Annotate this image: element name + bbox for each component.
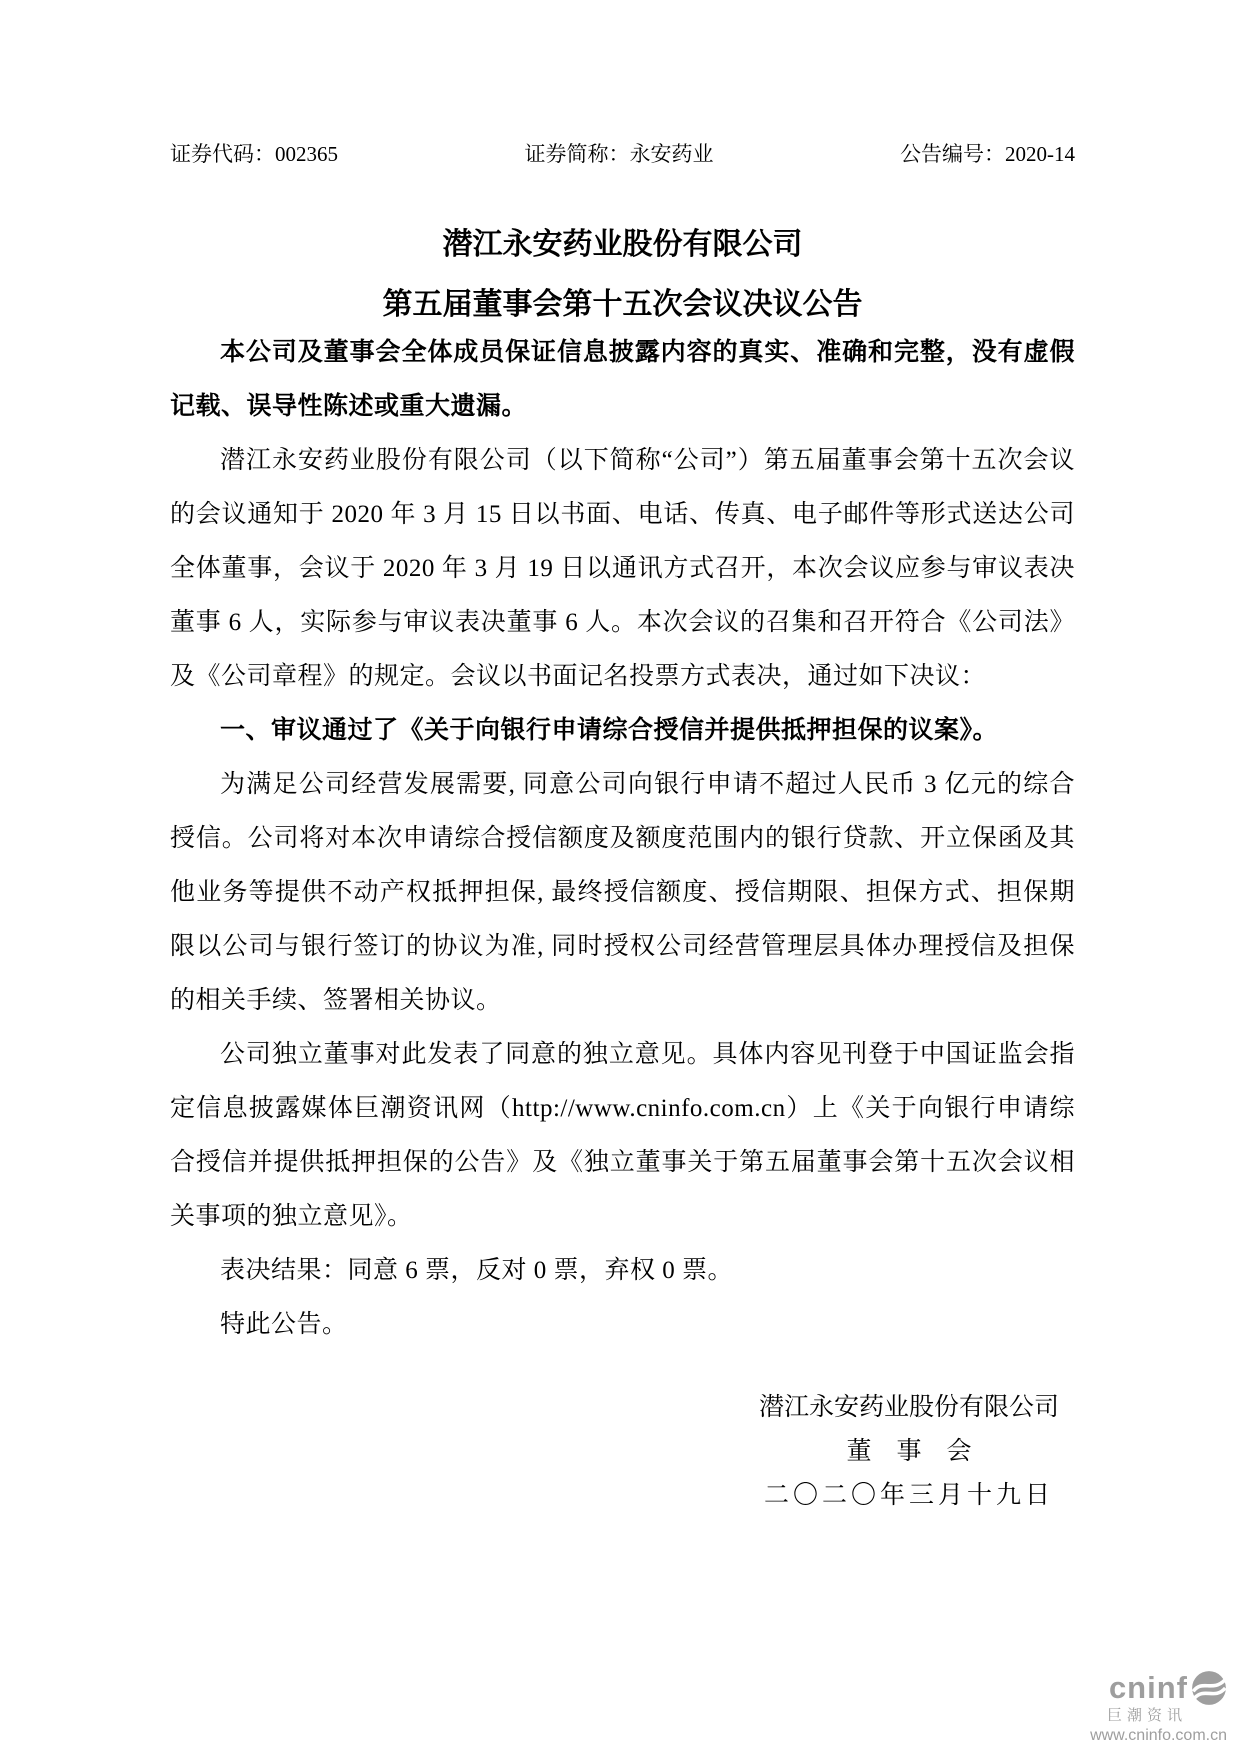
vote-result: 表决结果：同意 6 票，反对 0 票，弃权 0 票。 bbox=[170, 1244, 1075, 1298]
signature-board: 董 事 会 bbox=[759, 1430, 1059, 1474]
stock-code: 证券代码：002365 bbox=[170, 140, 338, 168]
page-title-meeting: 第五届董事会第十五次会议决议公告 bbox=[170, 284, 1075, 326]
stock-short-name: 证券简称：永安药业 bbox=[525, 140, 714, 168]
closing-statement: 特此公告。 bbox=[170, 1298, 1075, 1352]
resolution-detail-paragraph: 为满足公司经营发展需要, 同意公司向银行申请不超过人民币 3 亿元的综合授信。公… bbox=[170, 758, 1075, 1028]
cninfo-watermark: cninf 巨潮资讯 www.cninfo.com.cn bbox=[1090, 1670, 1227, 1745]
announcement-page: 证券代码：002365 证券简称：永安药业 公告编号：2020-14 潜江永安药… bbox=[0, 0, 1241, 1755]
cninfo-swirl-icon bbox=[1191, 1670, 1227, 1706]
page-title-company: 潜江永安药业股份有限公司 bbox=[170, 224, 1075, 266]
signature-date: 二〇二〇年三月十九日 bbox=[759, 1474, 1059, 1518]
document-header: 证券代码：002365 证券简称：永安药业 公告编号：2020-14 bbox=[170, 140, 1075, 168]
cninfo-site-name: 巨潮资讯 bbox=[1090, 1708, 1227, 1725]
disclaimer-paragraph: 本公司及董事会全体成员保证信息披露内容的真实、准确和完整，没有虚假记载、误导性陈… bbox=[170, 326, 1075, 434]
resolution-heading: 一、审议通过了《关于向银行申请综合授信并提供抵押担保的议案》。 bbox=[170, 704, 1075, 758]
cninfo-site-url: www.cninfo.com.cn bbox=[1090, 1727, 1227, 1745]
meeting-overview-paragraph: 潜江永安药业股份有限公司（以下简称“公司”）第五届董事会第十五次会议的会议通知于… bbox=[170, 434, 1075, 704]
cninfo-logo: cninf bbox=[1090, 1670, 1227, 1706]
signature-company: 潜江永安药业股份有限公司 bbox=[759, 1386, 1059, 1430]
signature-block: 潜江永安药业股份有限公司 董 事 会 二〇二〇年三月十九日 bbox=[759, 1386, 1059, 1518]
announcement-number: 公告编号：2020-14 bbox=[900, 140, 1075, 168]
cninfo-logo-text: cninf bbox=[1109, 1671, 1188, 1705]
page-content: 证券代码：002365 证券简称：永安药业 公告编号：2020-14 潜江永安药… bbox=[0, 0, 1241, 1518]
independent-director-opinion-paragraph: 公司独立董事对此发表了同意的独立意见。具体内容见刊登于中国证监会指定信息披露媒体… bbox=[170, 1028, 1075, 1244]
